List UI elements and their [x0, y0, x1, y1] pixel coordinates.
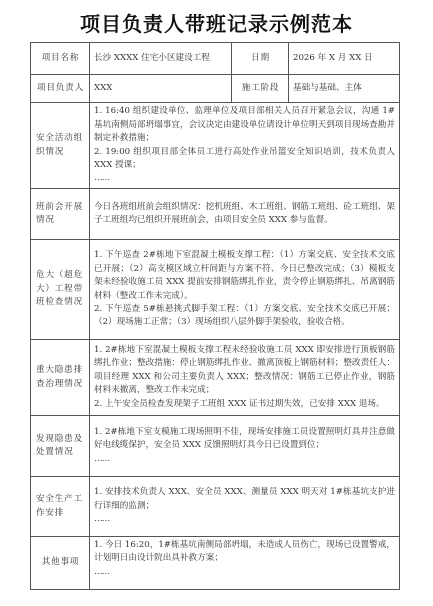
content-hazard-disposal: 1. 2#栋地下室支模施工现场照明不佳，现场安排施工员设置照明灯具并注意做好电线… [90, 416, 400, 477]
content-line: 1. 2#栋地下室支模施工现场照明不佳，现场安排施工员设置照明灯具并注意做好电线… [94, 426, 395, 453]
label-hazard-disposal: 发现隐患及处置情况 [31, 416, 90, 477]
row-project-manager: 项目负责人 XXX 施工阶段 基础与基础、主体 [31, 75, 400, 103]
content-line: 1. 安排技术负责人 XXX、安全员 XXX、测量员 XXX 明天对 1#栋基坑… [94, 486, 395, 513]
content-hazardous-works: 1. 下午巡查 2#栋地下室混凝土模板支撑工程：（1）方案交底、安全技术交底已开… [90, 240, 400, 340]
content-safety-activities: 1. 16:40 组织建设单位、监理单位及项目部相关人员召开紧急会议，沟通 1#… [90, 103, 400, 189]
label-project-manager: 项目负责人 [31, 75, 90, 103]
content-other-matters: 1. 今日 16:20，1#栋基坑南侧局部坍塌，未造成人员伤亡，现场已设置警戒，… [90, 537, 400, 590]
content-line: 1. 16:40 组织建设单位、监理单位及项目部相关人员召开紧急会议，沟通 1#… [94, 105, 395, 145]
row-other-matters: 其他事项 1. 今日 16:20，1#栋基坑南侧局部坍塌，未造成人员伤亡，现场已… [31, 537, 400, 590]
content-line: 今日各班组班前会组织情况：挖机班组、木工班组、钢筋工班组、砼工班组、架子工班组均… [94, 201, 395, 228]
content-line: …… [94, 513, 395, 526]
label-major-hazards: 重大隐患排查治理情况 [31, 340, 90, 416]
row-major-hazards: 重大隐患排查治理情况 1. 2#栋地下室混凝土模板支撑工程未经验收施工员 XXX… [31, 340, 400, 416]
label-hazardous-works: 危大（超危大）工程带班检查情况 [31, 240, 90, 340]
value-date: 2026 年 X 月 XX 日 [289, 43, 400, 75]
label-work-arrangement: 安全生产工作安排 [31, 477, 90, 537]
content-line: 2. 下午巡查 5#栋悬挑式脚手架工程：（1）方案交底、安全技术交底已开展；（2… [94, 303, 395, 330]
label-pre-shift-meeting: 班前会开展情况 [31, 189, 90, 240]
row-hazard-disposal: 发现隐患及处置情况 1. 2#栋地下室支模施工现场照明不佳，现场安排施工员设置照… [31, 416, 400, 477]
content-line: 1. 2#栋地下室混凝土模板支撑工程未经验收施工员 XXX 即安排进行顶板钢筋绑… [94, 344, 395, 398]
content-line: 2. 19:00 组织项目部全体员工进行高处作业吊篮安全知识培训，技术负责人 X… [94, 146, 395, 173]
row-pre-shift-meeting: 班前会开展情况 今日各班组班前会组织情况：挖机班组、木工班组、钢筋工班组、砼工班… [31, 189, 400, 240]
duty-record-table: 项目名称 长沙 XXXX 住宅小区建设工程 日期 2026 年 X 月 XX 日… [30, 42, 400, 590]
label-project-name: 项目名称 [31, 43, 90, 75]
row-hazardous-works: 危大（超危大）工程带班检查情况 1. 下午巡查 2#栋地下室混凝土模板支撑工程：… [31, 240, 400, 340]
content-line: …… [94, 453, 395, 466]
value-project-name: 长沙 XXXX 住宅小区建设工程 [90, 43, 232, 75]
content-line: 1. 今日 16:20，1#栋基坑南侧局部坍塌，未造成人员伤亡，现场已设置警戒，… [94, 539, 395, 566]
content-line: …… [94, 172, 395, 185]
row-project-name: 项目名称 长沙 XXXX 住宅小区建设工程 日期 2026 年 X 月 XX 日 [31, 43, 400, 75]
value-construction-stage: 基础与基础、主体 [289, 75, 400, 103]
row-safety-activities: 安全活动组织情况 1. 16:40 组织建设单位、监理单位及项目部相关人员召开紧… [31, 103, 400, 189]
content-work-arrangement: 1. 安排技术负责人 XXX、安全员 XXX、测量员 XXX 明天对 1#栋基坑… [90, 477, 400, 537]
content-line: 2. 上午安全员检查发现架子工班组 XXX 证书过期失效，已安排 XXX 退场。 [94, 398, 395, 411]
value-project-manager: XXX [90, 75, 232, 103]
label-safety-activities: 安全活动组织情况 [31, 103, 90, 189]
content-line: 1. 下午巡查 2#栋地下室混凝土模板支撑工程：（1）方案交底、安全技术交底已开… [94, 249, 395, 303]
label-other-matters: 其他事项 [31, 537, 90, 590]
content-major-hazards: 1. 2#栋地下室混凝土模板支撑工程未经验收施工员 XXX 即安排进行顶板钢筋绑… [90, 340, 400, 416]
label-date: 日期 [232, 43, 289, 75]
content-pre-shift-meeting: 今日各班组班前会组织情况：挖机班组、木工班组、钢筋工班组、砼工班组、架子工班组均… [90, 189, 400, 240]
content-line: …… [94, 566, 395, 579]
label-construction-stage: 施工阶段 [232, 75, 289, 103]
document-title: 项目负责人带班记录示例范本 [0, 8, 433, 37]
row-work-arrangement: 安全生产工作安排 1. 安排技术负责人 XXX、安全员 XXX、测量员 XXX … [31, 477, 400, 537]
